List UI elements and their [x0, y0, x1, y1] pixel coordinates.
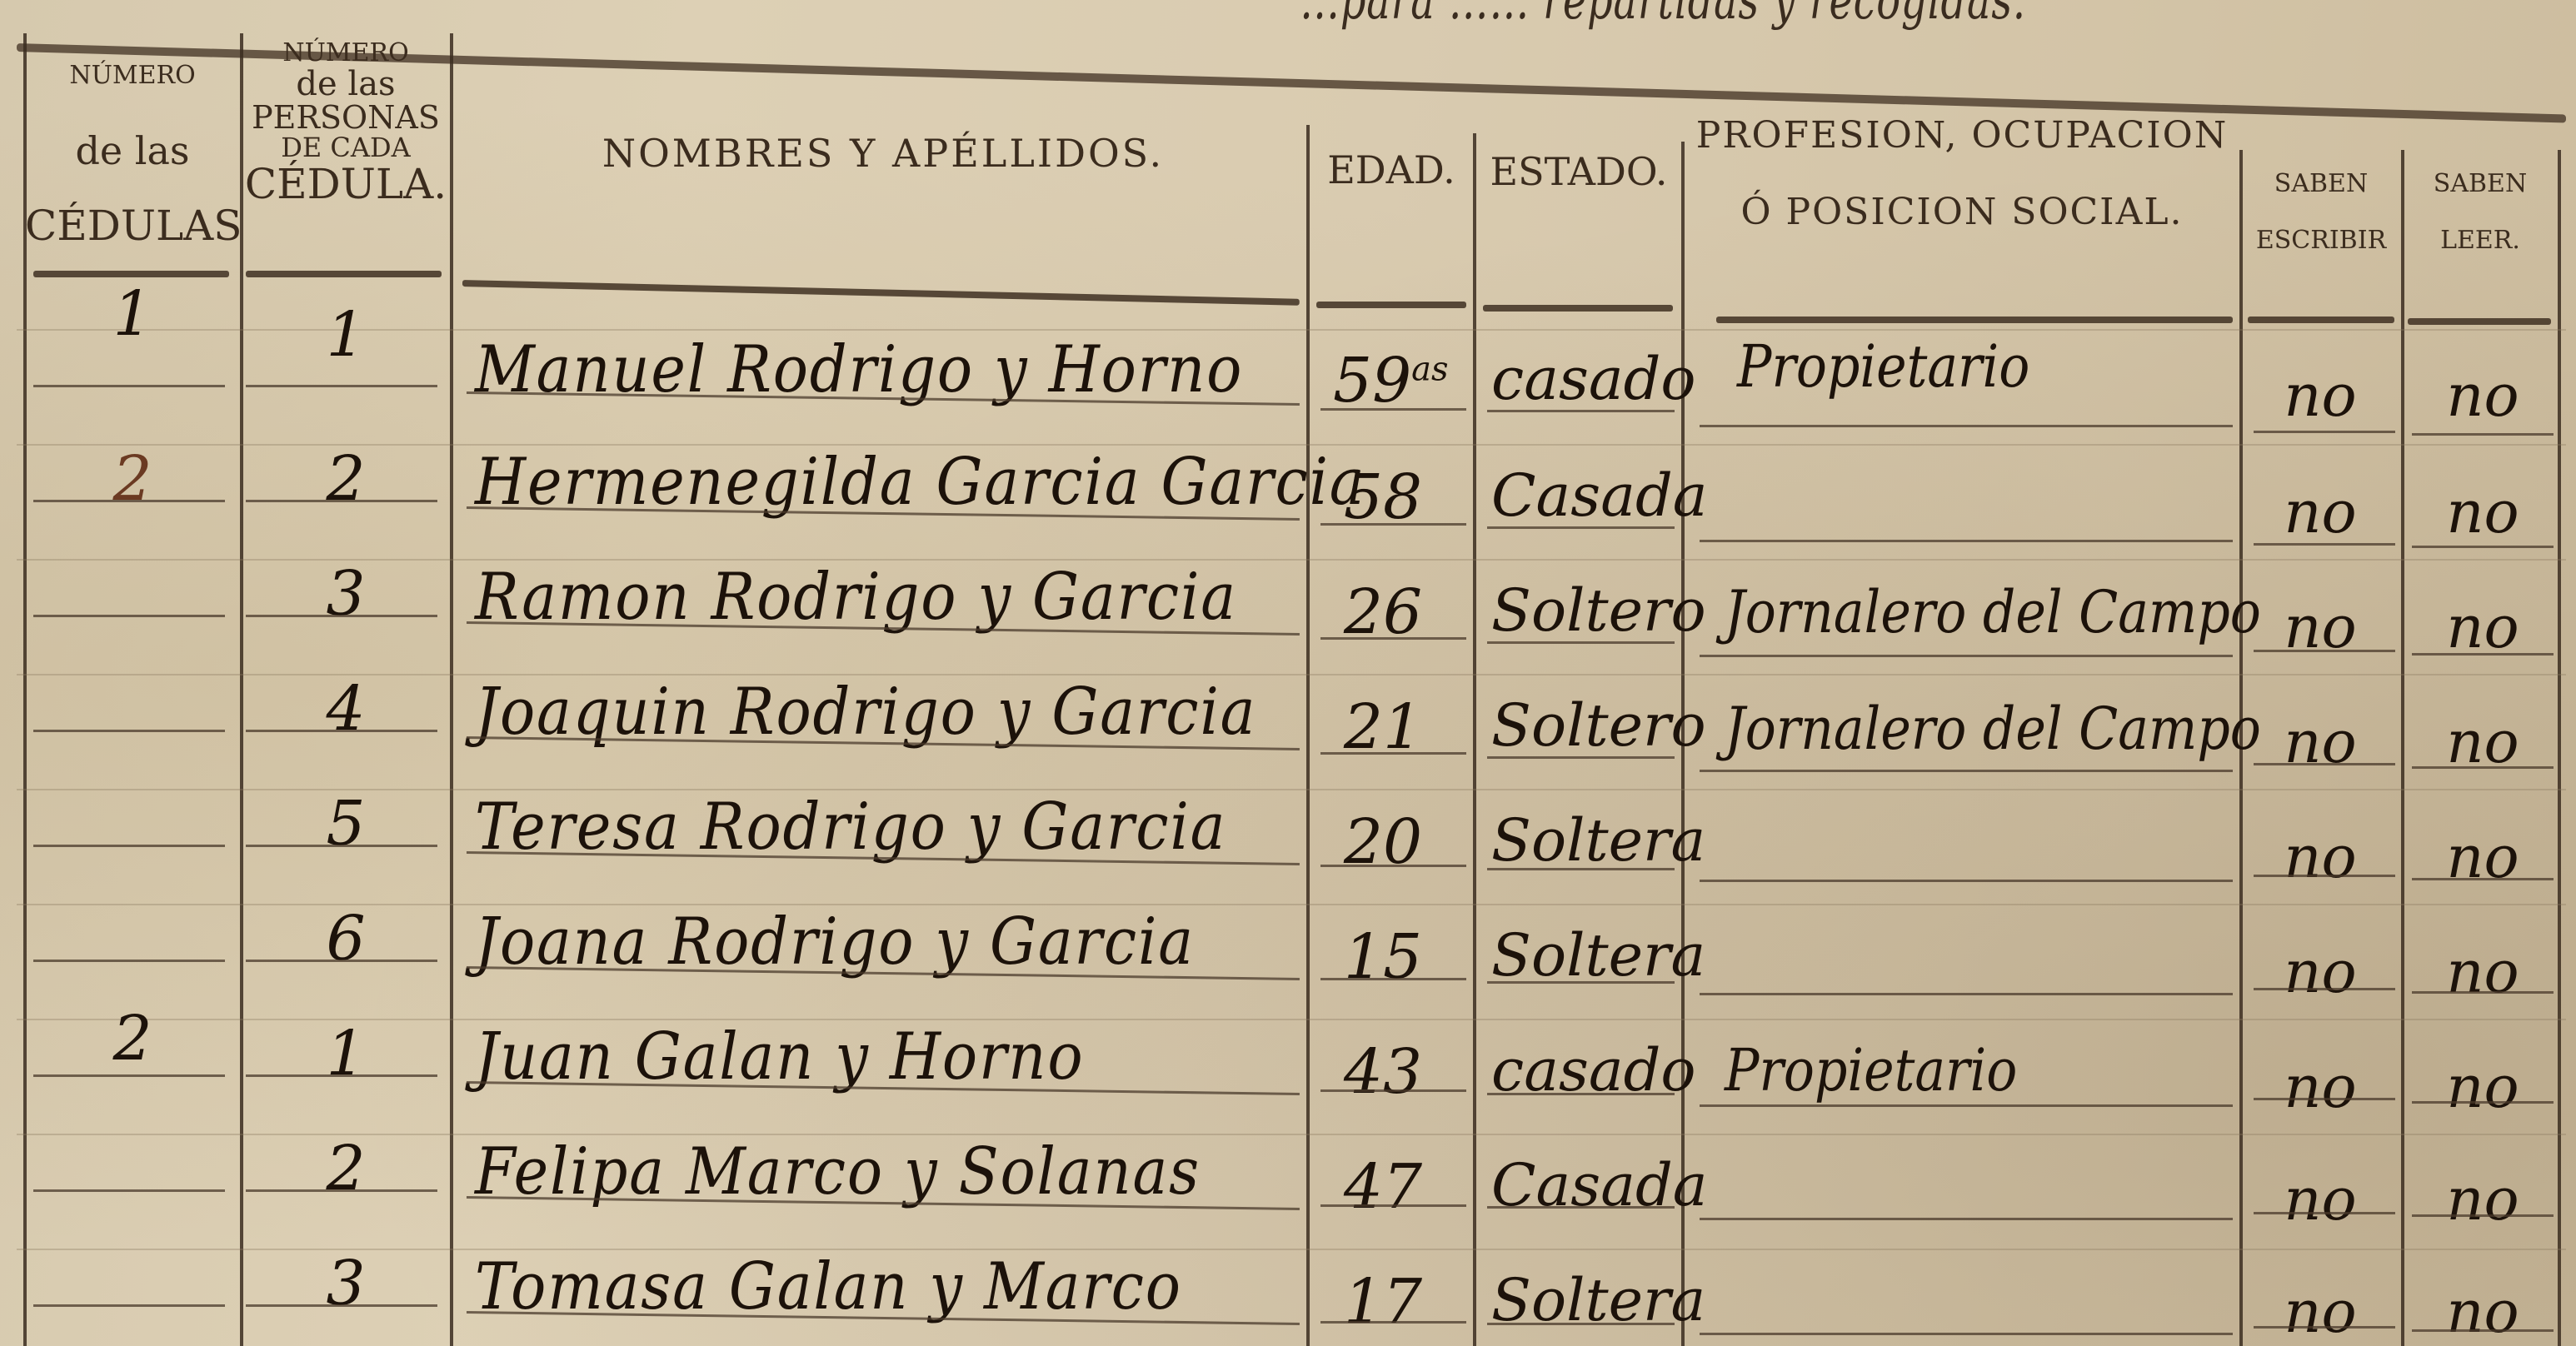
- person-name: Felipa Marco y Solanas: [475, 1139, 1201, 1204]
- person-name: Juan Galan y Horno: [475, 1024, 1084, 1089]
- row-rule: [2412, 1214, 2554, 1217]
- faint-rule: [17, 789, 2566, 790]
- faint-rule: [17, 559, 2566, 561]
- header-text: Ó POSICION SOCIAL.: [1685, 193, 2239, 232]
- row-rule: [246, 1189, 437, 1192]
- row-rule: [2254, 543, 2395, 546]
- row-rule: [2254, 875, 2395, 877]
- header-personas: NÚMERO de las PERSONAS DE CADA CÉDULA.: [242, 40, 450, 206]
- header-text: NOMBRES Y APÉLLIDOS.: [467, 133, 1300, 173]
- civil-status: Soltera: [1491, 811, 1705, 870]
- row-rule: [1700, 993, 2233, 995]
- header-text: DE CADA: [242, 134, 450, 162]
- faint-rule: [17, 674, 2566, 675]
- age: 47: [1333, 1156, 1433, 1218]
- age: 43: [1333, 1041, 1433, 1103]
- row-rule: [1700, 1218, 2233, 1220]
- row-rule: [33, 1304, 225, 1307]
- row-rule: [1487, 756, 1675, 759]
- header-text: NÚMERO: [25, 62, 240, 89]
- row-rule: [1487, 981, 1675, 984]
- row-rule: [2254, 988, 2395, 990]
- row-rule: [1700, 1333, 2233, 1335]
- can-write: no: [2249, 943, 2391, 1001]
- header-nombres: NOMBRES Y APÉLLIDOS.: [467, 133, 1300, 173]
- row-rule: [1320, 978, 1466, 980]
- can-read: no: [2412, 483, 2554, 541]
- row-rule: [246, 500, 437, 502]
- row-rule: [33, 500, 225, 502]
- can-read: no: [2412, 598, 2554, 656]
- age-value: 59: [1333, 345, 1411, 416]
- row-rule: [1487, 1323, 1675, 1325]
- row-rule: [1487, 1093, 1675, 1095]
- row-rule: [246, 1304, 437, 1307]
- row-rule: [2412, 546, 2554, 548]
- row-rule: [33, 385, 225, 387]
- faint-rule: [17, 1019, 2566, 1020]
- can-write: no: [2249, 828, 2391, 886]
- header-leer: SABEN LEER.: [2403, 171, 2558, 253]
- row-rule: [1320, 752, 1466, 755]
- header-text: de las: [25, 131, 240, 171]
- age: 58: [1333, 466, 1433, 528]
- column-divider: [450, 33, 453, 1346]
- row-rule: [1700, 770, 2233, 772]
- row-rule: [2254, 1326, 2395, 1329]
- cedula-number: 1: [25, 283, 240, 345]
- can-read: no: [2412, 1283, 2554, 1341]
- can-read: no: [2412, 713, 2554, 771]
- row-rule: [246, 615, 437, 617]
- row-rule: [33, 845, 225, 847]
- can-read: no: [2412, 1170, 2554, 1229]
- occupation: Propietario: [1725, 1041, 2017, 1099]
- row-rule: [1700, 880, 2233, 882]
- row-rule: [1320, 637, 1466, 640]
- header-rule: [2248, 317, 2394, 323]
- row-rule: [1320, 1321, 1466, 1324]
- header-text: LEER.: [2403, 227, 2558, 254]
- row-rule: [246, 960, 437, 962]
- civil-status: Casada: [1491, 466, 1708, 525]
- header-rule: [1483, 305, 1673, 312]
- row-rule: [1320, 408, 1466, 411]
- header-profesion: PROFESION, OCUPACION Ó POSICION SOCIAL.: [1685, 117, 2239, 232]
- row-rule: [1320, 523, 1466, 526]
- header-rule: [246, 271, 442, 277]
- row-rule: [2412, 1329, 2554, 1332]
- row-rule: [246, 730, 437, 732]
- header-text: CÉDULAS: [25, 204, 240, 248]
- header-text: SABEN: [2403, 171, 2558, 197]
- row-rule: [1487, 410, 1675, 412]
- row-rule: [246, 385, 437, 387]
- person-name: Tomasa Galan y Marco: [475, 1254, 1182, 1319]
- header-escribir: SABEN ESCRIBIR: [2241, 171, 2401, 253]
- row-rule: [33, 960, 225, 962]
- row-rule: [1487, 641, 1675, 644]
- occupation: Jornalero del Campo: [1725, 583, 2261, 641]
- civil-status: Soltero: [1491, 581, 1706, 640]
- can-read: no: [2412, 1058, 2554, 1116]
- header-estado: ESTADO.: [1476, 152, 1681, 192]
- row-rule: [1487, 1206, 1675, 1209]
- can-write: no: [2249, 366, 2391, 425]
- header-text: SABEN: [2241, 171, 2401, 197]
- header-rule: [2408, 318, 2551, 325]
- person-name: Hermenegilda Garcia Garcia: [475, 450, 1365, 515]
- row-rule: [33, 615, 225, 617]
- row-rule: [2412, 766, 2554, 769]
- row-rule: [2412, 1101, 2554, 1104]
- row-rule: [33, 1189, 225, 1192]
- row-rule: [2254, 763, 2395, 765]
- can-write: no: [2249, 1283, 2391, 1341]
- row-rule: [2254, 1098, 2395, 1100]
- can-write: no: [2249, 483, 2391, 541]
- row-rule: [1320, 865, 1466, 867]
- header-text: ESTADO.: [1476, 152, 1681, 192]
- cedula-number: 2: [25, 1008, 240, 1069]
- civil-status: casado: [1491, 350, 1696, 408]
- row-rule: [2412, 653, 2554, 656]
- row-rule: [33, 1074, 225, 1077]
- row-rule: [1700, 655, 2233, 657]
- header-rule: [33, 271, 229, 277]
- person-name: Ramon Rodrigo y Garcia: [475, 565, 1237, 630]
- row-rule: [1320, 1204, 1466, 1207]
- civil-status: Soltera: [1491, 926, 1705, 985]
- row-rule: [2254, 1212, 2395, 1214]
- civil-status: casado: [1491, 1041, 1696, 1099]
- can-write: no: [2249, 1170, 2391, 1229]
- occupation: Propietario: [1737, 337, 2029, 396]
- age: 59as: [1333, 350, 1433, 411]
- row-rule: [1487, 526, 1675, 529]
- header-text: de las: [242, 67, 450, 102]
- header-text: PERSONAS: [242, 102, 450, 135]
- header-text: CÉDULA.: [242, 162, 450, 207]
- faint-rule: [17, 1134, 2566, 1135]
- person-name: Joaquin Rodrigo y Garcia: [475, 680, 1256, 745]
- row-rule: [1320, 1089, 1466, 1092]
- person-name: Joana Rodrigo y Garcia: [475, 910, 1195, 975]
- column-divider: [1473, 133, 1476, 1346]
- row-rule: [246, 1074, 437, 1077]
- can-read: no: [2412, 366, 2554, 425]
- header-rule: [462, 280, 1300, 306]
- row-rule: [2412, 878, 2554, 880]
- row-rule: [1700, 425, 2233, 427]
- age: 26: [1333, 581, 1433, 643]
- occupation: Jornalero del Campo: [1725, 700, 2261, 758]
- header-cedulas: NÚMERO de las CÉDULAS: [25, 62, 240, 247]
- faint-rule: [17, 1249, 2566, 1250]
- header-rule: [1316, 302, 1466, 308]
- faint-rule: [17, 904, 2566, 905]
- header-text: PROFESION, OCUPACION: [1685, 117, 2239, 155]
- column-divider: [1306, 125, 1310, 1346]
- person-name: Teresa Rodrigo y Garcia: [475, 795, 1226, 860]
- row-rule: [1700, 1104, 2233, 1107]
- age: 20: [1333, 811, 1433, 873]
- header-text: ESCRIBIR: [2241, 227, 2401, 254]
- header-edad: EDAD.: [1310, 150, 1473, 190]
- can-write: no: [2249, 1058, 2391, 1116]
- header-rule: [1716, 317, 2233, 323]
- top-caption: …para …… repartidas y recogidas.: [1300, 0, 2112, 32]
- header-text: EDAD.: [1310, 150, 1473, 190]
- civil-status: Soltera: [1491, 1271, 1705, 1329]
- row-rule: [1700, 540, 2233, 542]
- row-rule: [2254, 650, 2395, 652]
- age: 21: [1333, 696, 1433, 758]
- row-rule: [246, 845, 437, 847]
- persona-number: 1: [242, 304, 450, 366]
- age-annotation: as: [1411, 350, 1448, 388]
- row-rule: [2412, 991, 2554, 994]
- row-rule: [2254, 431, 2395, 433]
- can-write: no: [2249, 598, 2391, 656]
- row-rule: [2412, 433, 2554, 436]
- row-rule: [1487, 868, 1675, 870]
- row-rule: [33, 730, 225, 732]
- header-text: NÚMERO: [242, 40, 450, 67]
- civil-status: Soltero: [1491, 696, 1706, 755]
